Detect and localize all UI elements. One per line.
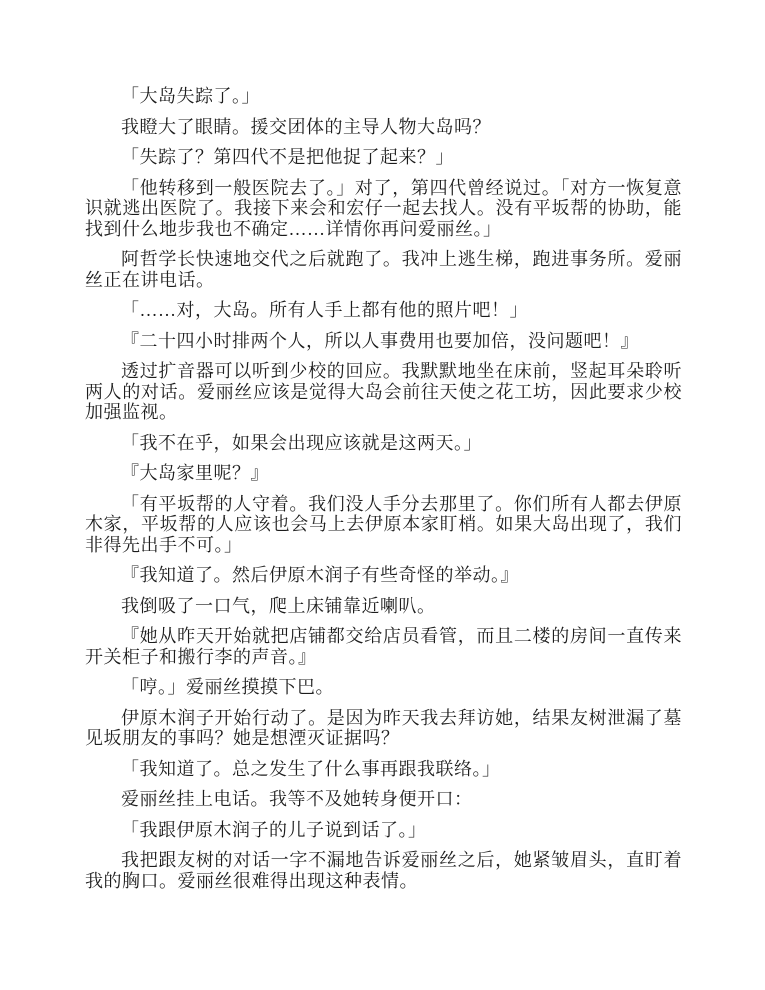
paragraph: 『她从昨天开始就把店铺都交给店员看管，而且二楼的房间一直传来开关柜子和搬行李的声… bbox=[85, 626, 682, 667]
paragraph: 「……对，大岛。所有人手上都有他的照片吧！」 bbox=[85, 300, 682, 321]
paragraph: 我把跟友树的对话一字不漏地告诉爱丽丝之后，她紧皱眉头，直盯着我的胸口。爱丽丝很难… bbox=[85, 850, 682, 891]
novel-text-block: 「大岛失踪了。」 我瞪大了眼睛。援交团体的主导人物大岛吗？ 「失踪了？第四代不是… bbox=[85, 86, 682, 901]
paragraph: 「有平坂帮的人守着。我们没人手分去那里了。你们所有人都去伊原木家，平坂帮的人应该… bbox=[85, 494, 682, 556]
paragraph: 『大岛家里呢？』 bbox=[85, 463, 682, 484]
paragraph: 阿哲学长快速地交代之后就跑了。我冲上逃生梯，跑进事务所。爱丽丝正在讲电话。 bbox=[85, 249, 682, 290]
paragraph: 「失踪了？第四代不是把他捉了起来？」 bbox=[85, 147, 682, 168]
paragraph: 「我不在乎，如果会出现应该就是这两天。」 bbox=[85, 433, 682, 454]
paragraph: 「我跟伊原木润子的儿子说到话了。」 bbox=[85, 820, 682, 841]
paragraph: 「我知道了。总之发生了什么事再跟我联络。」 bbox=[85, 759, 682, 780]
paragraph: 『我知道了。然后伊原木润子有些奇怪的举动。』 bbox=[85, 565, 682, 586]
paragraph: 「大岛失踪了。」 bbox=[85, 86, 682, 107]
paragraph: 我倒吸了一口气，爬上床铺靠近喇叭。 bbox=[85, 596, 682, 617]
paragraph: 「他转移到一般医院去了。」对了，第四代曾经说过。「对方一恢复意识就逃出医院了。我… bbox=[85, 178, 682, 240]
paragraph: 透过扩音器可以听到少校的回应。我默默地坐在床前，竖起耳朵聆听两人的对话。爱丽丝应… bbox=[85, 361, 682, 423]
paragraph: 爱丽丝挂上电话。我等不及她转身便开口： bbox=[85, 789, 682, 810]
novel-page: 「大岛失踪了。」 我瞪大了眼睛。援交团体的主导人物大岛吗？ 「失踪了？第四代不是… bbox=[0, 0, 765, 990]
paragraph: 我瞪大了眼睛。援交团体的主导人物大岛吗？ bbox=[85, 117, 682, 138]
paragraph: 『二十四小时排两个人，所以人事费用也要加倍，没问题吧！』 bbox=[85, 331, 682, 352]
paragraph: 伊原木润子开始行动了。是因为昨天我去拜访她，结果友树泄漏了墓见坂朋友的事吗？她是… bbox=[85, 708, 682, 749]
paragraph: 「哼。」爱丽丝摸摸下巴。 bbox=[85, 677, 682, 698]
